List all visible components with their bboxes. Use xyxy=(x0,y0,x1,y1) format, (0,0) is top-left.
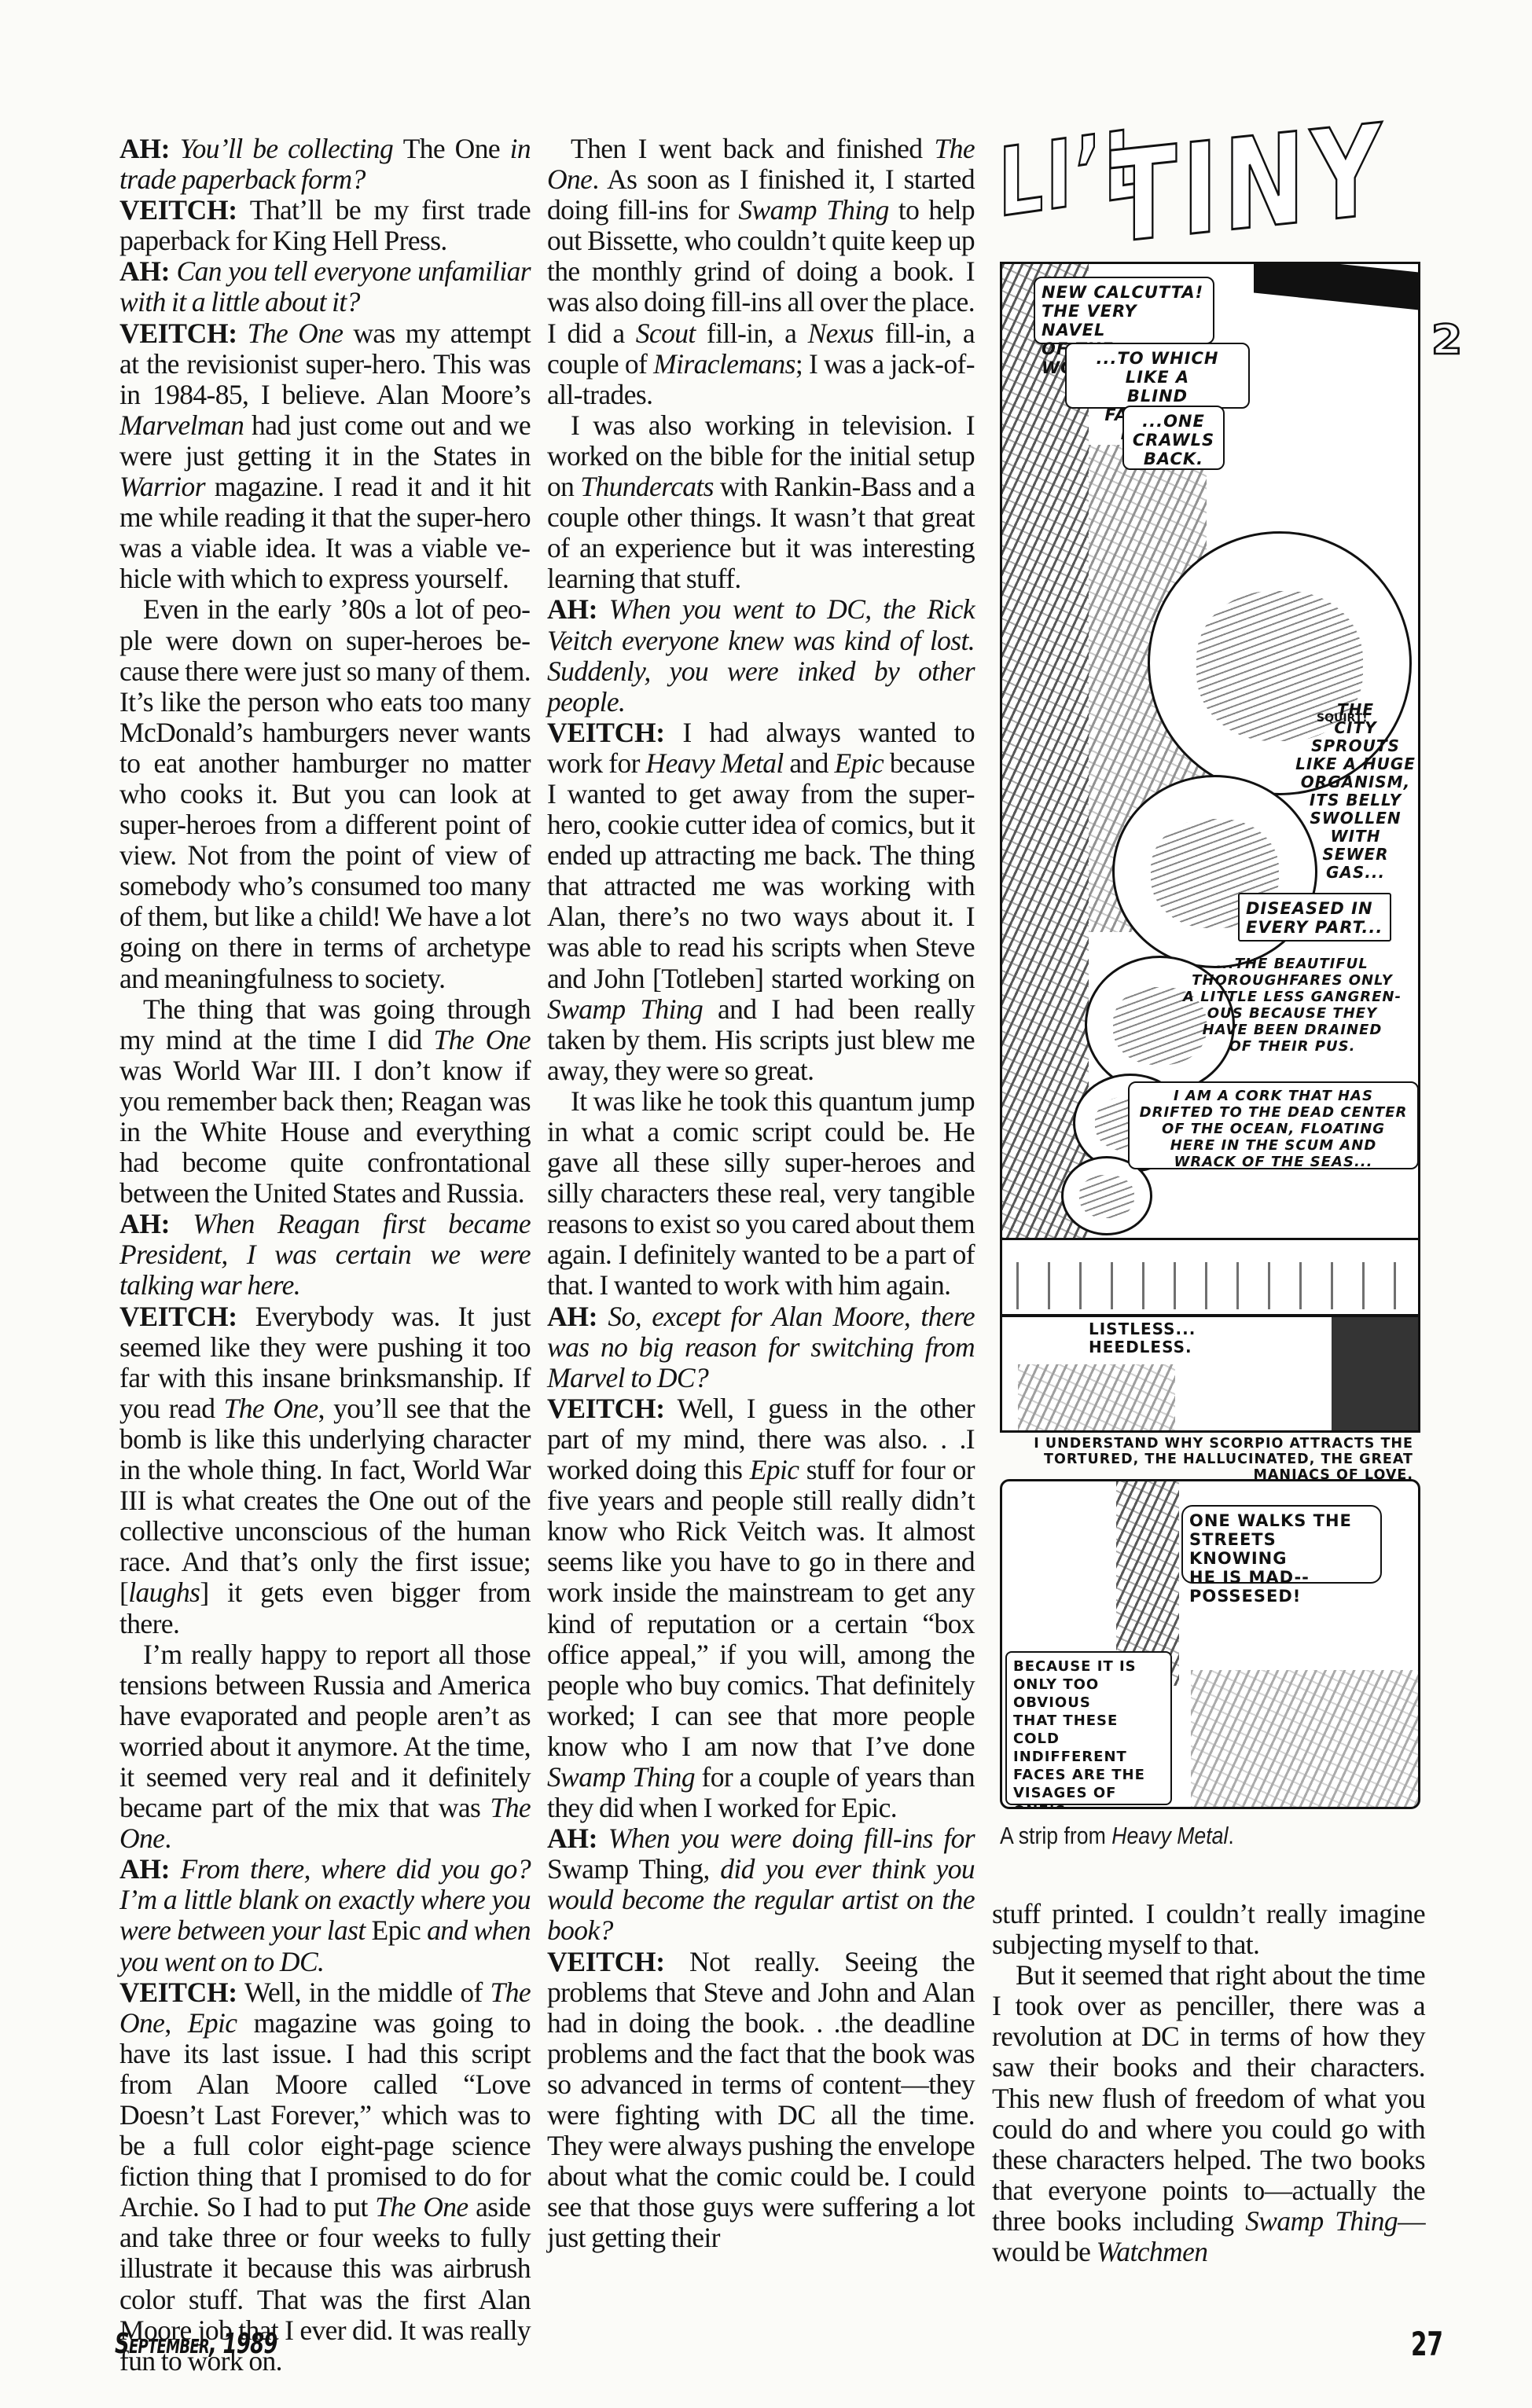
speaker-label: VEITCH: xyxy=(547,717,665,748)
italic-text: laughs xyxy=(128,1577,200,1608)
italic-text: When you went to DC, the Rick Veitch eve… xyxy=(547,593,975,717)
speaker-label: VEITCH: xyxy=(119,1301,237,1332)
speaker-label: AH: xyxy=(119,255,170,287)
text: stuff printed. I couldn’t really imagine… xyxy=(992,1898,1425,1960)
text: It was like he took this quantum jump in… xyxy=(547,1085,975,1301)
text xyxy=(237,318,248,349)
speaker-label: AH: xyxy=(119,1208,170,1239)
text: I’m really happy to report all those ten… xyxy=(119,1639,531,1823)
interviewer-question: AH: From there, where did you go? I’m a … xyxy=(119,1854,531,1977)
text: The One xyxy=(403,133,500,164)
paragraph: Even in the early ’80s a lot of peo­ple … xyxy=(119,594,531,993)
paragraph: stuff printed. I couldn’t really imagine… xyxy=(992,1899,1425,1960)
speaker-label: VEITCH: xyxy=(547,1946,665,1977)
creatures-artwork xyxy=(1018,1364,1175,1431)
italic-text: When Reagan first became Presi­dent, I w… xyxy=(119,1208,531,1301)
panel-city: SQUIRT! NEW CALCUTTA! THE VERY NAVEL OF … xyxy=(1000,262,1420,1240)
caption-listless: LISTLESS... HEEDLESS. xyxy=(1089,1320,1196,1356)
italic-text: Swamp Thing xyxy=(738,194,888,226)
text: stuff for four or five years and people … xyxy=(547,1454,975,1762)
caption-city-sprouts: THE CITY SPROUTS LIKE A HUGE ORGANISM, I… xyxy=(1293,701,1418,882)
caption-blind-idiot: ...TO WHICH LIKE A BLIND FALTERING IDIOT… xyxy=(1065,343,1250,409)
article-column-right: stuff printed. I couldn’t really imagine… xyxy=(992,1899,1425,2267)
text: Not really. Seeing the problems that Ste… xyxy=(547,1946,975,2254)
italic-text: Warrior xyxy=(119,471,205,502)
italic-text: Epic xyxy=(835,747,884,779)
crowd-artwork xyxy=(1002,1262,1418,1309)
speaker-label: VEITCH: xyxy=(119,318,237,349)
text: Even in the early ’80s a lot of peo­ple … xyxy=(119,593,531,993)
italic-text: Swamp Thing xyxy=(547,1761,695,1793)
paragraph: I’m really happy to report all those ten… xyxy=(119,1639,531,1855)
caption-cork: I AM A CORK THAT HAS DRIFTED TO THE DEAD… xyxy=(1128,1081,1419,1169)
italic-text: Marvelman xyxy=(119,409,244,441)
text: Then I went back and finished xyxy=(571,133,935,164)
interviewee-answer: VEITCH: That’ll be my first trade paperb… xyxy=(119,195,531,256)
interviewer-question: AH: So, except for Alan Moore, there was… xyxy=(547,1301,975,1393)
caption-crawls-back: ...ONE CRAWLS BACK. xyxy=(1122,406,1225,470)
italic-text: Swamp Thing xyxy=(1245,2205,1398,2237)
text: was World War III. I don’t know if you r… xyxy=(119,1055,531,1209)
text: But it seemed that right about the time … xyxy=(992,1959,1425,2237)
italic-text: The One xyxy=(375,2191,468,2223)
text: , xyxy=(164,2007,187,2039)
speaker-label: AH: xyxy=(547,1823,597,1854)
interviewee-answer: VEITCH: Well, I guess in the other part … xyxy=(547,1393,975,1823)
crowd-keepers-artwork xyxy=(1191,1670,1419,1808)
text: . xyxy=(164,1823,171,1854)
italic-text: Miraclemans xyxy=(653,348,795,380)
panel-listless: LISTLESS... HEEDLESS. xyxy=(1000,1315,1420,1433)
italic-text: Can you tell everyone unfamiliar with it… xyxy=(119,255,531,318)
speaker-label: VEITCH: xyxy=(547,1393,665,1424)
italic-text: Epic xyxy=(750,1454,799,1485)
italic-text: Thundercats xyxy=(580,471,714,502)
article-column-left: AH: You’ll be collecting The One in trad… xyxy=(119,134,531,2377)
caption-new-calcutta: NEW CALCUTTA! THE VERY NAVEL OF THE WORL… xyxy=(1034,277,1214,344)
interviewee-answer: VEITCH: Everybody was. It just seemed li… xyxy=(119,1301,531,1639)
paragraph: But it seemed that right about the time … xyxy=(992,1960,1425,2267)
speaker-label: AH: xyxy=(547,593,597,625)
text: be­cause I wanted to get away from the s… xyxy=(547,747,975,994)
italic-text: You’ll be collecting xyxy=(170,133,403,164)
panel-crowd xyxy=(1000,1238,1420,1316)
interviewer-question: AH: You’ll be collecting The One in trad… xyxy=(119,134,531,195)
footer-issue-date: September, 1989 xyxy=(115,2328,277,2360)
italic-text: Heavy Metal xyxy=(646,747,784,779)
italic-text: The One xyxy=(248,318,344,349)
text: fill-in, a xyxy=(696,318,808,349)
paragraph: It was like he took this quantum jump in… xyxy=(547,1086,975,1301)
paragraph: Then I went back and finished The One. A… xyxy=(547,134,975,410)
dark-figure-artwork xyxy=(1332,1317,1418,1433)
text: magazine was going to have its last issu… xyxy=(119,2007,531,2223)
caption-prefix: A strip from xyxy=(1000,1822,1111,1849)
street-artwork xyxy=(1002,264,1089,1239)
italic-text: The One xyxy=(433,1024,531,1055)
italic-text: Watchmen xyxy=(1097,2236,1208,2267)
interviewer-question: AH: When you were doing fill-ins for Swa… xyxy=(547,1823,975,1946)
text: and xyxy=(784,747,835,779)
interviewee-answer: VEITCH: I had always wanted to work for … xyxy=(547,718,975,1086)
italic-text: Epic xyxy=(188,2007,237,2039)
caption-diseased: DISEASED IN EVERY PART... xyxy=(1238,893,1391,942)
caption-thoroughfares: ...THE BEAUTIFUL THOROUGHFARES ONLY A LI… xyxy=(1183,956,1402,1055)
caption-scorpio: I UNDERSTAND WHY SCORPIO ATTRACTS THE TO… xyxy=(1005,1436,1413,1483)
article-column-middle: Then I went back and finished The One. A… xyxy=(547,134,975,2253)
panel-mad: ONE WALKS THE STREETS KNOWING HE IS MAD-… xyxy=(1000,1479,1420,1809)
figure-caption: A strip from Heavy Metal. xyxy=(1000,1822,1234,1850)
footer-page-number: 27 xyxy=(1411,2325,1443,2363)
text: Well, in the middle of xyxy=(237,1977,490,2008)
caption-one-walks: ONE WALKS THE STREETS KNOWING HE IS MAD-… xyxy=(1181,1505,1382,1584)
italic-text: The One xyxy=(224,1393,318,1424)
speaker-label: AH: xyxy=(547,1301,597,1332)
interviewee-answer: VEITCH: Well, in the middle of The One, … xyxy=(119,1977,531,2377)
italic-text: Nexus xyxy=(808,318,874,349)
text: Epic xyxy=(372,1914,421,1946)
speaker-label: VEITCH: xyxy=(119,194,237,226)
interviewee-answer: VEITCH: The One was my attempt at the re… xyxy=(119,318,531,595)
paragraph: I was also working in television. I work… xyxy=(547,410,975,595)
caption-keepers: BECAUSE IT IS ONLY TOO OBVIOUS THAT THES… xyxy=(1005,1651,1172,1805)
shadow-artwork xyxy=(1254,262,1420,311)
caption-title: Heavy Metal xyxy=(1111,1822,1228,1849)
italic-text: Swamp Thing xyxy=(547,993,703,1025)
strip-title-tiny: TINY xyxy=(1110,96,1386,272)
interviewee-answer: VEITCH: Not really. Seeing the problems … xyxy=(547,1947,975,2254)
interviewer-question: AH: When you went to DC, the Rick Veitch… xyxy=(547,594,975,717)
italic-text: When you were doing fill-ins for xyxy=(597,1823,975,1854)
speaker-label: AH: xyxy=(119,133,170,164)
speaker-label: VEITCH: xyxy=(119,1977,237,2008)
italic-text: Scout xyxy=(636,318,696,349)
caption-suffix: . xyxy=(1228,1822,1233,1849)
interviewer-question: AH: When Reagan first became Presi­dent,… xyxy=(119,1209,531,1301)
italic-text: So, except for Alan Moore, there was no … xyxy=(547,1301,975,1393)
text: , you’ll see that the bomb is like this … xyxy=(119,1393,531,1609)
speaker-label: AH: xyxy=(119,1853,170,1885)
comic-strip-illustration: LI’L TINY COMICS#2 © RICK VEITCH SQUIRT!… xyxy=(992,130,1432,1812)
text: Swamp Thing xyxy=(547,1853,703,1885)
paragraph: The thing that was going through my mind… xyxy=(119,994,531,1210)
interviewer-question: AH: Can you tell everyone unfamiliar wit… xyxy=(119,256,531,318)
